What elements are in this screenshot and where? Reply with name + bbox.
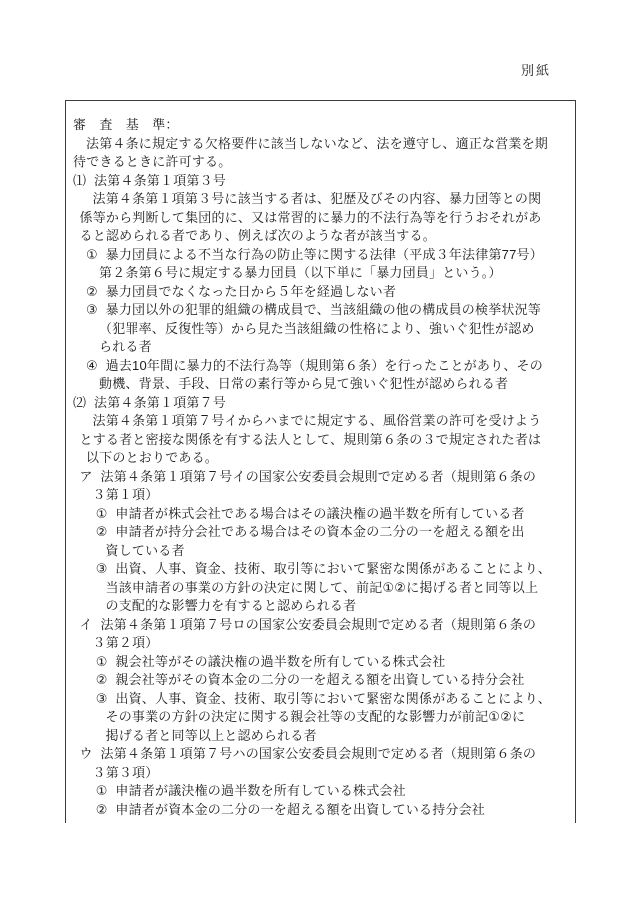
document-line: ３第１項） xyxy=(73,486,573,505)
line-text: 親会社等がその議決権の過半数を所有している株式会社 xyxy=(115,654,445,669)
line-text: 法第４条第１項第７号ロの国家公安委員会規則で定める者（規則第６条の xyxy=(101,617,537,632)
document-line: 動機、背景、手段、日常の素行等から見て強いぐ犯性が認められる者 xyxy=(73,375,573,394)
list-marker: ア xyxy=(80,468,93,487)
line-text: ３第２項） xyxy=(93,635,159,650)
line-text: 法第４条第１項第３号に該当する者は、犯歴及びその内容、暴力団等との関 xyxy=(93,191,542,206)
line-text: 出資、人事、資金、技術、取引等において緊密な関係があることにより、 xyxy=(115,691,551,706)
line-text: 法第４条第１項第７号イの国家公安委員会規則で定める者（規則第６条の xyxy=(101,469,537,484)
document-body: 審 査 基 準：法第４条に規定する欠格要件に該当しないなど、法を遵守し、適正な営… xyxy=(73,116,573,819)
document-line: ①申請者が株式会社である場合はその議決権の過半数を所有している者 xyxy=(73,505,573,524)
document-line: ②親会社等がその資本金の二分の一を超える額を出資している持分会社 xyxy=(73,671,573,690)
document-line: ③暴力団以外の犯罪的組織の構成員で、当該組織の他の構成員の検挙状況等 xyxy=(73,301,573,320)
document-line: 第２条第６号に規定する暴力団員（以下単に「暴力団員」という。） xyxy=(73,264,573,283)
line-text: 申請者が株式会社である場合はその議決権の過半数を所有している者 xyxy=(115,506,524,521)
document-line: ３第２項） xyxy=(73,634,573,653)
document-line: その事業の方針の決定に関する親会社等の支配的な影響力が前記①②に xyxy=(73,708,573,727)
document-line: 係等から判断して集団的に、又は常習的に暴力的不法行為等を行うおそれがあ xyxy=(73,209,573,228)
line-text: 以下のとおりである。 xyxy=(86,450,218,465)
line-text: 法第４条第１項第７号 xyxy=(94,395,226,410)
document-line: 当該申請者の事業の方針の決定に関して、前記①②に掲げる者と同等以上 xyxy=(73,579,573,598)
list-marker: イ xyxy=(80,616,93,635)
list-marker: ① xyxy=(96,505,108,524)
document-line: ④過去10年間に暴力的不法行為等（規則第６条）を行ったことがあり、その xyxy=(73,357,573,376)
line-text: 出資、人事、資金、技術、取引等において緊密な関係があることにより、 xyxy=(115,561,551,576)
line-text: （犯罪率、反復性等）から見た当該組織の性格により、強いぐ犯性が認め xyxy=(99,321,535,336)
document-line: ③出資、人事、資金、技術、取引等において緊密な関係があることにより、 xyxy=(73,560,573,579)
document-line: （犯罪率、反復性等）から見た当該組織の性格により、強いぐ犯性が認め xyxy=(73,320,573,339)
document-line: ②暴力団員でなくなった日から５年を経過しない者 xyxy=(73,283,573,302)
line-text: られる者 xyxy=(99,339,152,354)
document-line: ①申請者が議決権の過半数を所有している株式会社 xyxy=(73,782,573,801)
list-marker: ① xyxy=(96,653,108,672)
list-marker: ② xyxy=(86,283,98,302)
line-text: 法第４条に規定する欠格要件に該当しないなど、法を遵守し、適正な営業を期 xyxy=(86,136,548,151)
document-line: ①暴力団員による不当な行為の防止等に関する法律（平成３年法律第77号） xyxy=(73,246,573,265)
document-line: ア法第４条第１項第７号イの国家公安委員会規則で定める者（規則第６条の xyxy=(73,468,573,487)
document-line: の支配的な影響力を有すると認められる者 xyxy=(73,597,573,616)
list-marker: ① xyxy=(96,782,108,801)
line-text: の支配的な影響力を有すると認められる者 xyxy=(106,598,357,613)
line-text: 申請者が資本金の二分の一を超える額を出資している持分会社 xyxy=(115,802,485,817)
list-marker: ⑴ xyxy=(73,172,86,191)
line-text: 係等から判断して集団的に、又は常習的に暴力的不法行為等を行うおそれがあ xyxy=(80,210,542,225)
list-marker: ③ xyxy=(96,560,108,579)
document-page: 別紙 審 査 基 準：法第４条に規定する欠格要件に該当しないなど、法を遵守し、適… xyxy=(0,0,630,903)
list-marker: ② xyxy=(96,801,108,820)
line-text: 資している者 xyxy=(106,543,185,558)
line-text: 申請者が持分会社である場合はその資本金の二分の一を超える額を出 xyxy=(115,524,524,539)
document-line: ３第３項） xyxy=(73,764,573,783)
document-line: ⑴法第４条第１項第３号 xyxy=(73,172,573,191)
line-text: ３第３項） xyxy=(93,765,159,780)
document-line: 資している者 xyxy=(73,542,573,561)
document-line: とする者と密接な関係を有する法人として、規則第６条の３で規定された者は xyxy=(73,431,573,450)
list-marker: ③ xyxy=(96,690,108,709)
document-line: 待できるときに許可する。 xyxy=(73,153,573,172)
line-text: 第２条第６号に規定する暴力団員（以下単に「暴力団員」という。） xyxy=(99,265,502,280)
line-text: 審 査 基 準： xyxy=(73,117,179,132)
line-text: とする者と密接な関係を有する法人として、規則第６条の３で規定された者は xyxy=(80,432,542,447)
line-text: 暴力団員による不当な行為の防止等に関する法律（平成３年法律第77号） xyxy=(106,247,543,262)
document-line: イ法第４条第１項第７号ロの国家公安委員会規則で定める者（規則第６条の xyxy=(73,616,573,635)
line-text: 申請者が議決権の過半数を所有している株式会社 xyxy=(115,783,405,798)
document-line: 法第４条第１項第３号に該当する者は、犯歴及びその内容、暴力団等との関 xyxy=(73,190,573,209)
line-text: 法第４条第１項第３号 xyxy=(94,173,226,188)
line-text: 当該申請者の事業の方針の決定に関して、前記①②に掲げる者と同等以上 xyxy=(106,580,539,595)
document-line: ウ法第４条第１項第７号ハの国家公安委員会規則で定める者（規則第６条の xyxy=(73,745,573,764)
document-line: 審 査 基 準： xyxy=(73,116,573,135)
document-line: ②申請者が持分会社である場合はその資本金の二分の一を超える額を出 xyxy=(73,523,573,542)
line-text: 暴力団以外の犯罪的組織の構成員で、当該組織の他の構成員の検挙状況等 xyxy=(106,302,541,317)
line-text: 暴力団員でなくなった日から５年を経過しない者 xyxy=(106,284,396,299)
line-text: 待できるときに許可する。 xyxy=(73,154,231,169)
list-marker: ④ xyxy=(86,357,98,376)
line-text: 動機、背景、手段、日常の素行等から見て強いぐ犯性が認められる者 xyxy=(99,376,508,391)
line-text: ると認められる者であり、例えば次のような者が該当する。 xyxy=(80,228,436,243)
list-marker: ウ xyxy=(80,745,93,764)
document-line: 掲げる者と同等以上と認められる者 xyxy=(73,727,573,746)
list-marker: ① xyxy=(86,246,98,265)
document-line: ③出資、人事、資金、技術、取引等において緊密な関係があることにより、 xyxy=(73,690,573,709)
document-line: 法第４条に規定する欠格要件に該当しないなど、法を遵守し、適正な営業を期 xyxy=(73,135,573,154)
document-line: られる者 xyxy=(73,338,573,357)
document-line: ると認められる者であり、例えば次のような者が該当する。 xyxy=(73,227,573,246)
document-line: ①親会社等がその議決権の過半数を所有している株式会社 xyxy=(73,653,573,672)
line-text: ３第１項） xyxy=(93,487,159,502)
line-text: 法第４条第１項第７号イからハまでに規定する、風俗営業の許可を受けよう xyxy=(93,413,542,428)
list-marker: ③ xyxy=(86,301,98,320)
list-marker: ⑵ xyxy=(73,394,86,413)
list-marker: ② xyxy=(96,523,108,542)
document-line: 法第４条第１項第７号イからハまでに規定する、風俗営業の許可を受けよう xyxy=(73,412,573,431)
list-marker: ② xyxy=(96,671,108,690)
line-text: 親会社等がその資本金の二分の一を超える額を出資している持分会社 xyxy=(115,672,524,687)
line-text: その事業の方針の決定に関する親会社等の支配的な影響力が前記①②に xyxy=(106,709,526,724)
attachment-label: 別紙 xyxy=(521,60,551,79)
document-line: 以下のとおりである。 xyxy=(73,449,573,468)
document-line: ②申請者が資本金の二分の一を超える額を出資している持分会社 xyxy=(73,801,573,820)
line-text: 過去10年間に暴力的不法行為等（規則第６条）を行ったことがあり、その xyxy=(106,358,543,373)
criteria-document-box: 審 査 基 準：法第４条に規定する欠格要件に該当しないなど、法を遵守し、適正な営… xyxy=(65,100,576,823)
line-text: 法第４条第１項第７号ハの国家公安委員会規則で定める者（規則第６条の xyxy=(101,746,537,761)
document-line: ⑵法第４条第１項第７号 xyxy=(73,394,573,413)
line-text: 掲げる者と同等以上と認められる者 xyxy=(106,728,317,743)
